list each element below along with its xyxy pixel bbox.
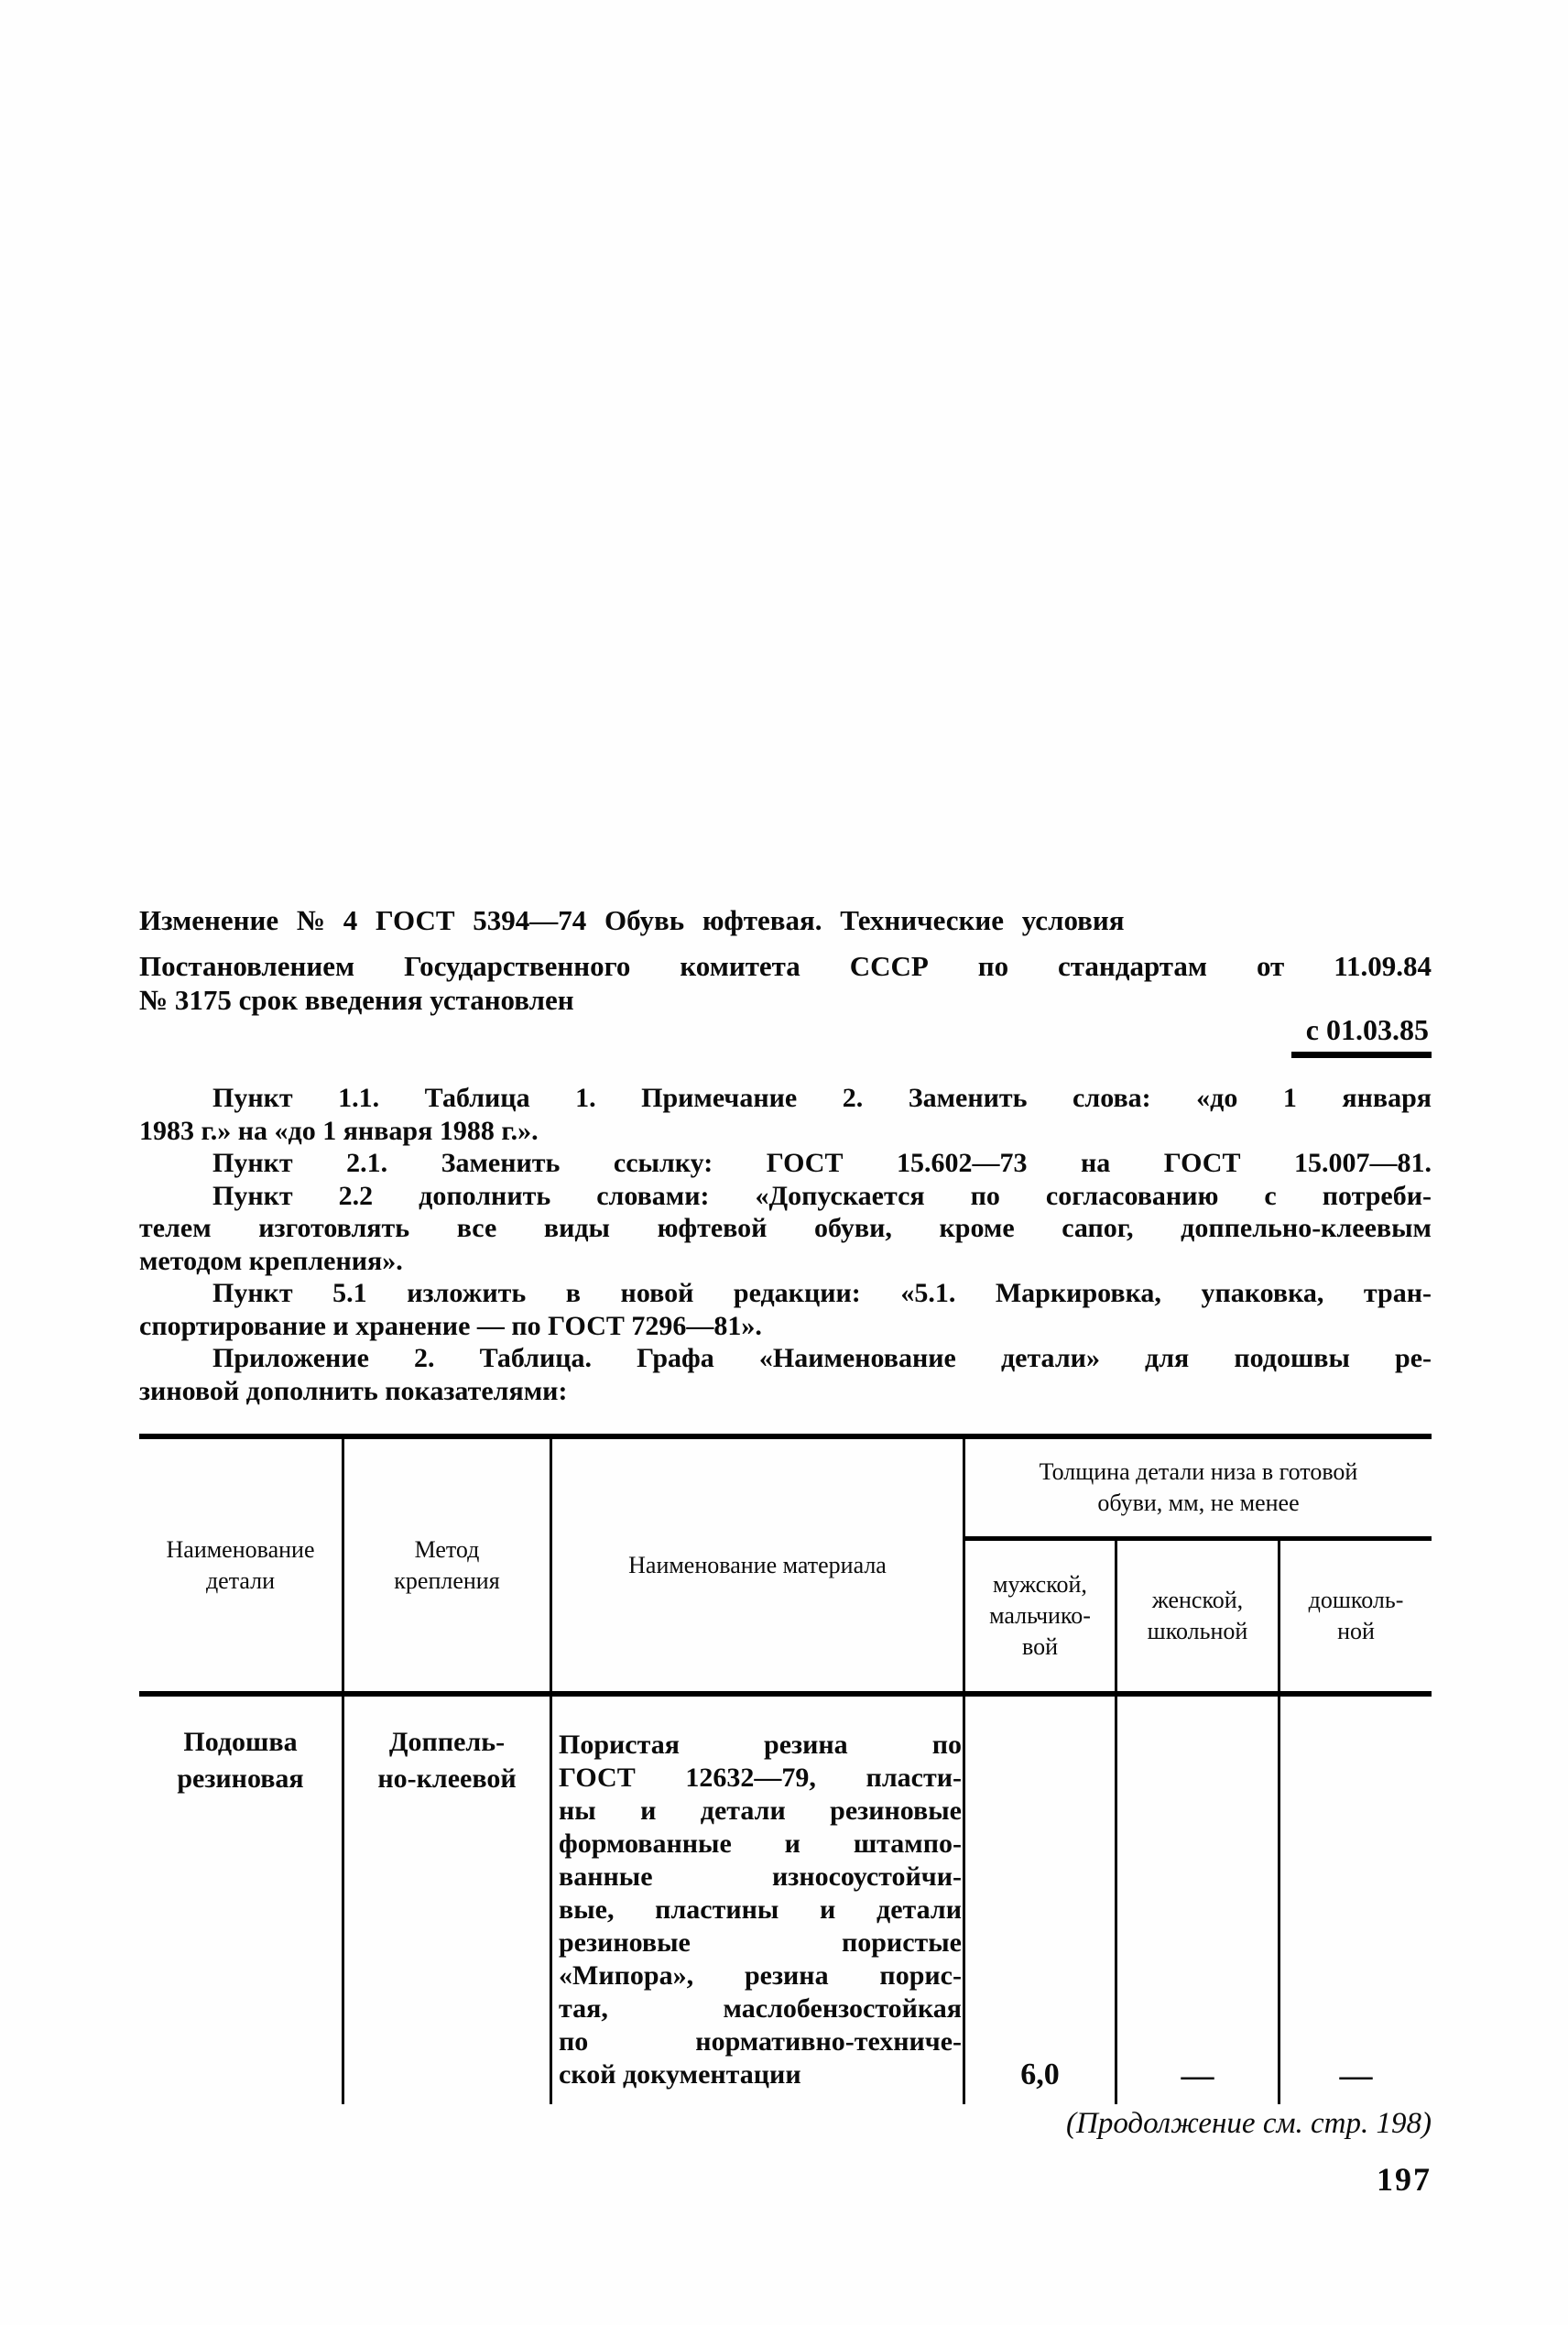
header-cell-material: Наименование материала (552, 1439, 963, 1691)
header-cell-method: Метод крепления (344, 1439, 550, 1691)
effective-date: с 01.03.85 (1291, 1013, 1432, 1058)
paragraph-item-2-2: Пункт 2.2 дополнить словами: «Допускаетс… (139, 1180, 1432, 1278)
header-cell-preschool: дошколь- ной (1280, 1541, 1432, 1691)
table-vline (550, 1697, 552, 2104)
header-cell-womens: женской, школьной (1117, 1541, 1278, 1691)
row-cell-material: Пористая резина по ГОСТ 12632—79, пласти… (559, 1697, 962, 2091)
paragraph-line: Приложение 2. Таблица. Графа «Наименован… (139, 1342, 1432, 1375)
continuation-note: (Продолжение см. стр. 198) (139, 2107, 1432, 2141)
table-vline (1115, 1697, 1117, 2104)
paragraph-line: методом крепления». (139, 1245, 1432, 1278)
material-line: Пористая резина по (559, 1729, 962, 1762)
material-line: «Мипора», резина порис- (559, 1959, 962, 1992)
amendment-title: Изменение № 4 ГОСТ 5394—74 Обувь юфтевая… (139, 904, 1432, 937)
material-line: ны и детали резиновые (559, 1795, 962, 1828)
decree-line-1: Постановлением Государственного комитета… (139, 949, 1432, 983)
paragraph-item-5-1: Пункт 5.1 изложить в новой редакции: «5.… (139, 1277, 1432, 1342)
material-line: тая, маслобензостойкая (559, 1992, 962, 2025)
header-cell-thickness-group: Толщина детали низа в готовой обуви, мм,… (965, 1439, 1432, 1536)
row-value-preschool: — (1280, 2057, 1432, 2093)
row-value-womens: — (1117, 2057, 1278, 2093)
paragraph-line: Пункт 1.1. Таблица 1. Примечание 2. Заме… (139, 1082, 1432, 1115)
header-cell-detail: Наименование детали (139, 1439, 342, 1691)
paragraph-item-1-1: Пункт 1.1. Таблица 1. Примечание 2. Заме… (139, 1082, 1432, 1147)
paragraph-line: Пункт 2.2 дополнить словами: «Допускаетс… (139, 1180, 1432, 1213)
scanned-document-page: Изменение № 4 ГОСТ 5394—74 Обувь юфтевая… (0, 0, 1568, 2325)
header-cell-mens: мужской, мальчико- вой (965, 1541, 1115, 1691)
material-line: по нормативно-техниче- (559, 2025, 962, 2058)
paragraph-line: Пункт 5.1 изложить в новой редакции: «5.… (139, 1277, 1432, 1310)
paragraph-item-appendix-2: Приложение 2. Таблица. Графа «Наименован… (139, 1342, 1432, 1407)
decree-statement: Постановлением Государственного комитета… (139, 949, 1432, 1017)
material-line: ской документации (559, 2058, 962, 2091)
row-value-mens: 6,0 (965, 2057, 1115, 2093)
table-vline (963, 1697, 965, 2104)
paragraph-item-2-1: Пункт 2.1. Заменить ссылку: ГОСТ 15.602—… (139, 1147, 1432, 1180)
material-line: ГОСТ 12632—79, пласти- (559, 1762, 962, 1795)
material-line: вые, пластины и детали (559, 1894, 962, 1927)
row-cell-detail: Подошва резиновая (139, 1697, 342, 1797)
decree-line-2: № 3175 срок введения установлен (139, 983, 1432, 1017)
amendment-paragraphs: Пункт 1.1. Таблица 1. Примечание 2. Заме… (139, 1082, 1432, 1407)
paragraph-line: Пункт 2.1. Заменить ссылку: ГОСТ 15.602—… (139, 1147, 1432, 1180)
table-vline (1278, 1697, 1280, 2104)
paragraph-line: 1983 г.» на «до 1 января 1988 г.». (139, 1115, 1432, 1148)
material-line: резиновые пористые (559, 1927, 962, 1959)
effective-date-line: с 01.03.85 (139, 1013, 1432, 1058)
material-line: ванные износоустойчи- (559, 1861, 962, 1894)
paragraph-line: телем изготовлять все виды юфтевой обуви… (139, 1212, 1432, 1245)
paragraph-line: спортирование и хранение — по ГОСТ 7296—… (139, 1310, 1432, 1343)
paragraph-line: зиновой дополнить показателями: (139, 1375, 1432, 1408)
page-number: 197 (139, 2160, 1432, 2199)
appendix-table: Наименование детали Метод крепления Наим… (139, 1434, 1432, 2104)
material-line: формованные и штампо- (559, 1828, 962, 1861)
row-cell-method: Доппель- но-клеевой (344, 1697, 550, 1797)
